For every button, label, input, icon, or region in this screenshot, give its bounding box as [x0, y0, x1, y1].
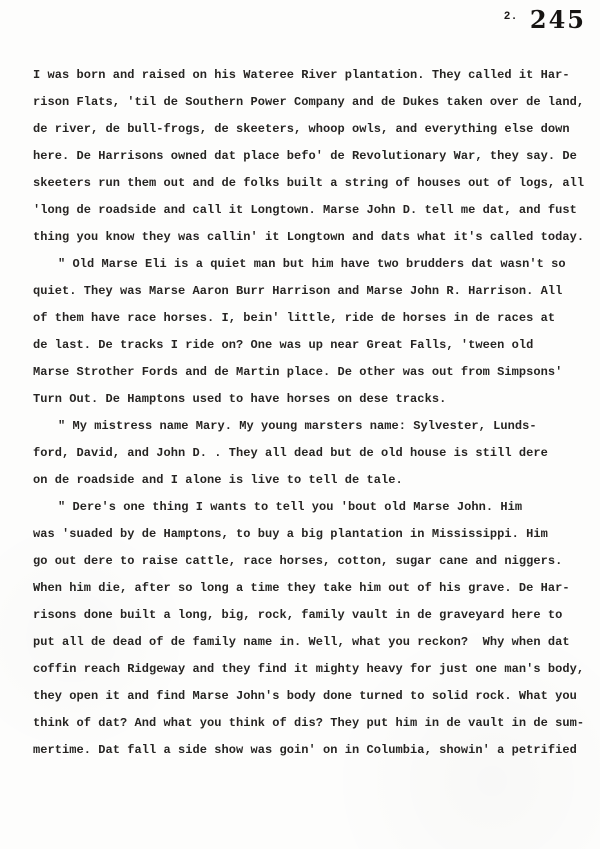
corner-page-number: 2. [504, 8, 518, 23]
text-line: think of dat? And what you think of dis?… [33, 710, 578, 737]
stamped-page-number: 245 [530, 8, 586, 32]
text-line: Turn Out. De Hamptons used to have horse… [33, 386, 578, 413]
text-line: on de roadside and I alone is live to te… [33, 467, 578, 494]
text-line: thing you know they was callin' it Longt… [33, 224, 578, 251]
text-line: quiet. They was Marse Aaron Burr Harriso… [33, 278, 578, 305]
text-line: " Old Marse Eli is a quiet man but him h… [33, 251, 578, 278]
text-line: put all de dead of de family name in. We… [33, 629, 578, 656]
text-line: of them have race horses. I, bein' littl… [33, 305, 578, 332]
text-line: go out dere to raise cattle, race horses… [33, 548, 578, 575]
text-line: Marse Strother Fords and de Martin place… [33, 359, 578, 386]
text-line: mertime. Dat fall a side show was goin' … [33, 737, 578, 764]
document-page: 2. 245 I was born and raised on his Wate… [0, 0, 600, 849]
text-line: " My mistress name Mary. My young marste… [33, 413, 578, 440]
typewritten-text-body: I was born and raised on his Wateree Riv… [33, 62, 578, 764]
page-header: 2. 245 [504, 8, 586, 32]
text-line: I was born and raised on his Wateree Riv… [33, 62, 578, 89]
text-line: skeeters run them out and de folks built… [33, 170, 578, 197]
text-line: here. De Harrisons owned dat place befo'… [33, 143, 578, 170]
text-line: 'long de roadside and call it Longtown. … [33, 197, 578, 224]
text-line: coffin reach Ridgeway and they find it m… [33, 656, 578, 683]
text-line: they open it and find Marse John's body … [33, 683, 578, 710]
text-line: risons done built a long, big, rock, fam… [33, 602, 578, 629]
text-line: " Dere's one thing I wants to tell you '… [33, 494, 578, 521]
text-line: When him die, after so long a time they … [33, 575, 578, 602]
text-line: rison Flats, 'til de Southern Power Comp… [33, 89, 578, 116]
text-line: was 'suaded by de Hamptons, to buy a big… [33, 521, 578, 548]
text-line: de last. De tracks I ride on? One was up… [33, 332, 578, 359]
text-line: ford, David, and John D. . They all dead… [33, 440, 578, 467]
text-line: de river, de bull-frogs, de skeeters, wh… [33, 116, 578, 143]
